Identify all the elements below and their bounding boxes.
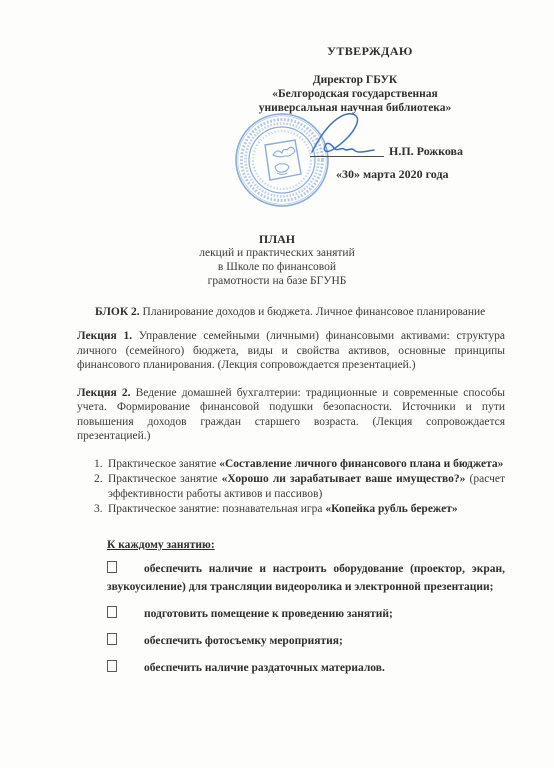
document-body: БЛОК 2. Планирование доходов и бюджета. …: [77, 306, 505, 677]
lecture-2-label: Лекция 2.: [77, 387, 130, 399]
checklist-item-1-text: обеспечить наличие и настроить оборудова…: [107, 563, 505, 593]
lecture-1-paragraph: Лекция 1. Управление семейными (личными)…: [77, 329, 505, 373]
checklist-item-3: обеспечить фотосъемку мероприятия;: [107, 632, 505, 650]
organization-name-line1: «Белгородская государственная: [238, 87, 472, 101]
lecture-1-text: Управление семейными (личными) финансовы…: [77, 330, 505, 371]
director-block: Директор ГБУК «Белгородская государствен…: [238, 73, 472, 115]
checklist-heading: К каждому занятию:: [107, 539, 505, 551]
checklist-item-2-text: подготовить помещение к проведению занят…: [144, 608, 393, 620]
title-line-4: грамотности на базе БГУНБ: [0, 274, 554, 288]
per-session-checklist: К каждому занятию: обеспечить наличие и …: [107, 539, 505, 677]
practice-item-3-title: «Копейка рубль бережет»: [325, 503, 457, 515]
checkbox-glyph-icon: [107, 660, 117, 672]
block-heading-text: Планирование доходов и бюджета. Личное ф…: [140, 306, 486, 318]
practice-item-2-number: 2.: [94, 472, 103, 487]
document-title: ПЛАН лекций и практических занятий в Шко…: [0, 232, 554, 288]
checklist-heading-text: К каждому занятию:: [107, 539, 215, 551]
title-line-plan: ПЛАН: [0, 232, 554, 246]
practice-item-3-prefix: Практическое занятие: познавательная игр…: [108, 503, 325, 515]
practice-item-1: 1.Практическое занятие «Составление личн…: [94, 457, 505, 472]
block-heading: БЛОК 2. Планирование доходов и бюджета. …: [77, 306, 505, 318]
approve-word: УТВЕРЖДАЮ: [240, 44, 500, 59]
practice-list: 1.Практическое занятие «Составление личн…: [94, 457, 505, 517]
practice-item-1-number: 1.: [94, 457, 103, 472]
practice-item-1-prefix: Практическое занятие: [108, 458, 219, 470]
title-line-3: в Школе по финансовой: [0, 260, 554, 274]
checklist-item-4: обеспечить наличие раздаточных материало…: [107, 659, 505, 677]
practice-item-3: 3.Практическое занятие: познавательная и…: [94, 502, 505, 517]
practice-item-2-title: «Хорошо ли зарабатывает ваше имущество?»: [222, 473, 466, 485]
title-line-2: лекций и практических занятий: [0, 246, 554, 260]
checkbox-glyph-icon: [107, 633, 117, 645]
director-signature-icon: [300, 110, 392, 162]
practice-item-2-prefix: Практическое занятие: [108, 473, 222, 485]
checklist-item-1: обеспечить наличие и настроить оборудова…: [107, 560, 505, 596]
checklist-item-3-text: обеспечить фотосъемку мероприятия;: [144, 635, 343, 647]
practice-item-2: 2.Практическое занятие «Хорошо ли зараба…: [94, 472, 505, 501]
checklist-item-4-text: обеспечить наличие раздаточных материало…: [144, 662, 385, 674]
block-heading-label: БЛОК 2.: [95, 306, 140, 318]
lecture-1-label: Лекция 1.: [77, 330, 132, 342]
practice-item-3-number: 3.: [94, 502, 103, 517]
lecture-2-text: Ведение домашней бухгалтерии: традиционн…: [77, 387, 505, 443]
document-page: УТВЕРЖДАЮ Директор ГБУК «Белгородская го…: [0, 0, 554, 768]
practice-item-1-title: «Составление личного финансового плана и…: [219, 458, 503, 470]
director-title: Директор ГБУК: [238, 73, 472, 87]
checklist-item-2: подготовить помещение к проведению занят…: [107, 605, 505, 623]
checkbox-glyph-icon: [107, 561, 117, 573]
lecture-2-paragraph: Лекция 2. Ведение домашней бухгалтерии: …: [77, 386, 505, 444]
signer-name: Н.П. Рожкова: [389, 144, 463, 159]
signature-line: [310, 156, 384, 157]
approval-date: «30» марта 2020 года: [336, 167, 449, 182]
approval-header: УТВЕРЖДАЮ Директор ГБУК «Белгородская го…: [0, 0, 554, 222]
checkbox-glyph-icon: [107, 606, 117, 618]
